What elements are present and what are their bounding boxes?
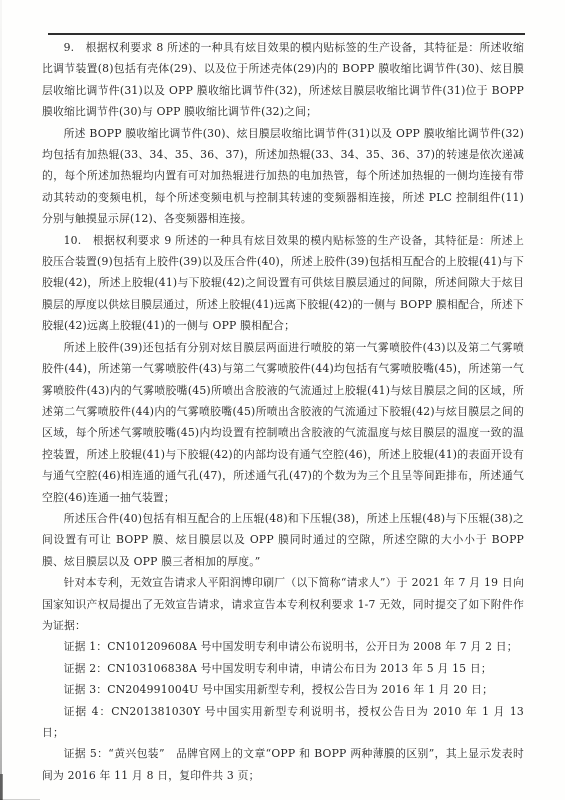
paragraph: 证据 1：CN101209608A 号中国发明专利申请公布说明书，公开日为 20… xyxy=(42,636,524,657)
paragraph: 所述 BOPP 膜收缩比调节件(30)、炫目膜层收缩比调节件(31)以及 OPP… xyxy=(42,123,524,230)
paragraph: 针对本专利，无效宣告请求人平阳润博印刷厂（以下简称“请求人”）于 2021 年 … xyxy=(42,572,524,636)
paragraph: 证据 3：CN204991004U 号中国实用新型专利，授权公告日为 2016 … xyxy=(42,679,524,700)
paragraph: 证据 2：CN103106838A 号中国发明专利申请，申请公布日为 2013 … xyxy=(42,658,524,679)
document-page: 9. 根据权利要求 8 所述的一种具有炫目效果的模内贴标签的生产设备，其特征是：… xyxy=(0,0,565,800)
paragraph: 所述上胶件(39)还包括有分别对炫目膜层两面进行喷胶的第一气雾喷胶件(43)以及… xyxy=(42,337,524,508)
header-rule xyxy=(48,33,525,35)
scan-edge-left xyxy=(0,0,2,800)
paragraph: 9. 根据权利要求 8 所述的一种具有炫目效果的模内贴标签的生产设备，其特征是：… xyxy=(42,37,524,123)
document-body: 9. 根据权利要求 8 所述的一种具有炫目效果的模内贴标签的生产设备，其特征是：… xyxy=(42,37,524,786)
paragraph: 证据 5：“黄兴包装” 品牌官网上的文章“OPP 和 BOPP 两种薄膜的区别”… xyxy=(42,743,524,786)
paragraph: 10. 根据权利要求 9 所述的一种具有炫目效果的模内贴标签的生产设备，其特征是… xyxy=(42,230,524,337)
scan-edge-corner xyxy=(0,774,3,800)
paragraph: 所述压合件(40)包括有相互配合的上压辊(48)和下压辊(38)，所述上压辊(4… xyxy=(42,508,524,572)
paragraph: 证据 4：CN201381030Y 号中国实用新型专利说明书，授权公告日为 20… xyxy=(42,701,524,744)
